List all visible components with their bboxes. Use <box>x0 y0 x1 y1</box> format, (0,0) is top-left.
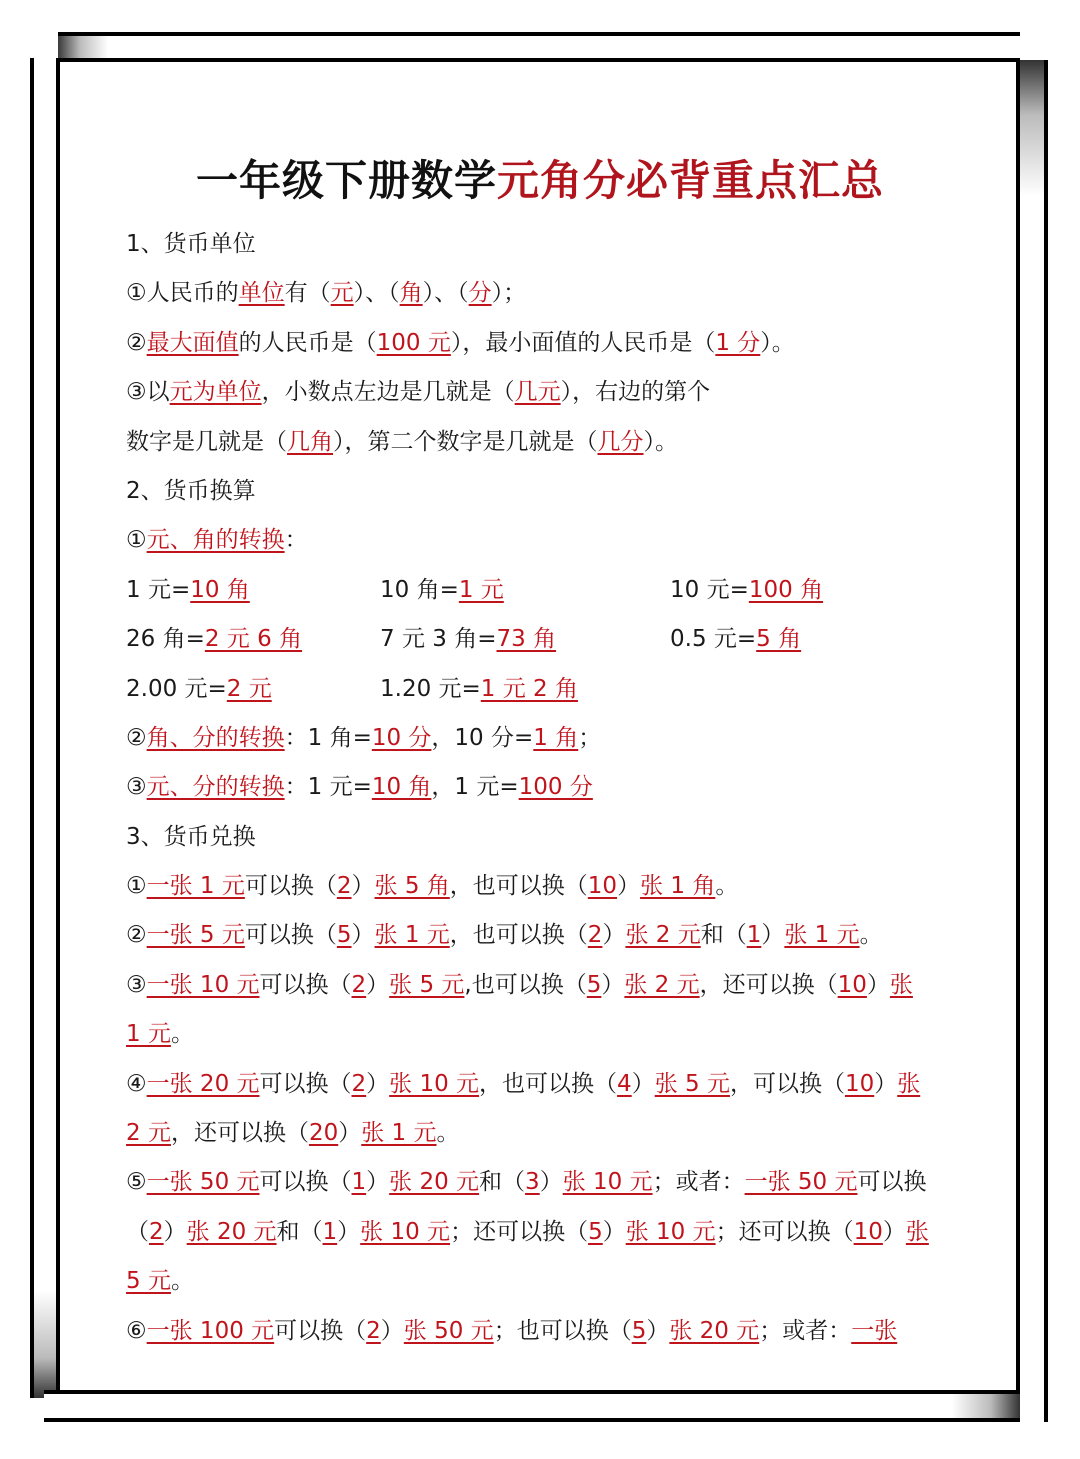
text-run: 有（ <box>285 280 331 306</box>
text-run: ② <box>126 330 147 356</box>
answer-text: 一张 10 元 <box>147 972 260 998</box>
text-run: 2.00 元= <box>126 676 227 702</box>
text-run: ），最小面值的人民币是（ <box>451 330 716 356</box>
answer-text: 10 <box>838 972 867 998</box>
text-run: ④ <box>126 1071 147 1097</box>
text-run: ） <box>601 972 624 998</box>
text-line: ⑤一张 50 元可以换（1）张 20 元和（3）张 10 元；或者：一张 50 … <box>126 1158 966 1207</box>
answer-text: 一张 20 元 <box>147 1071 260 1097</box>
text-run: （ <box>126 1219 149 1245</box>
answer-text: 1 <box>747 922 762 948</box>
text-run: ；还可以换（ <box>450 1219 588 1245</box>
text-run: 。 <box>171 1268 194 1294</box>
text-run: 1 元= <box>126 577 190 603</box>
text-line: ②角、分的转换：1 角=10 分，10 分=1 角； <box>126 714 966 763</box>
text-run: ③ <box>126 972 147 998</box>
text-run: ） <box>366 1071 389 1097</box>
conversion-cell: 7 元 3 角=73 角 <box>380 615 670 664</box>
answer-text: 2 <box>588 922 603 948</box>
text-run: ：1 元= <box>285 774 372 800</box>
answer-text: 1 <box>352 1169 367 1195</box>
text-run: ）、（ <box>423 280 469 306</box>
text-line: ③元、分的转换：1 元=10 角，1 元=100 分 <box>126 763 966 812</box>
text-run: 可以换（ <box>274 1318 366 1344</box>
text-run: ） <box>381 1318 404 1344</box>
text-run: ）、（ <box>354 280 400 306</box>
answer-text: 元 <box>331 280 354 306</box>
answer-text: 最大面值 <box>147 330 239 356</box>
answer-text: 张 10 元 <box>389 1071 479 1097</box>
text-run: ） <box>874 1071 897 1097</box>
answer-text: 1 元 <box>126 1021 171 1047</box>
text-line: ③一张 10 元可以换（2）张 5 元,也可以换（5）张 2 元，还可以换（10… <box>126 961 966 1010</box>
answer-text: 1 角 <box>533 725 578 751</box>
text-run: 可以换（ <box>245 873 337 899</box>
text-run: ） <box>352 922 375 948</box>
answer-text: 10 分 <box>372 725 432 751</box>
text-run: ③以 <box>126 379 170 405</box>
answer-text: 张 1 元 <box>361 1120 436 1146</box>
text-run: 10 角= <box>380 577 459 603</box>
answer-text: 一张 50 元 <box>745 1169 858 1195</box>
answer-text: 2 <box>337 873 352 899</box>
text-run: ，也可以换（ <box>479 1071 617 1097</box>
text-line: 2 元，还可以换（20）张 1 元。 <box>126 1109 966 1158</box>
answer-text: 3 <box>525 1169 540 1195</box>
text-run: 2、货币换算 <box>126 478 256 504</box>
answer-text: 1 元 2 角 <box>481 676 578 702</box>
answer-text: 2 元 <box>227 676 272 702</box>
answer-text: 单位 <box>239 280 285 306</box>
answer-text: 2 元 <box>126 1120 171 1146</box>
text-run: 可以换 <box>857 1169 926 1195</box>
answer-text: 4 <box>617 1071 632 1097</box>
text-run: ；或者： <box>759 1318 851 1344</box>
answer-text: 元为单位 <box>170 379 262 405</box>
text-line: ④一张 20 元可以换（2）张 10 元，也可以换（4）张 5 元，可以换（10… <box>126 1060 966 1109</box>
answer-text: 2 <box>352 972 367 998</box>
answer-text: 张 10 元 <box>360 1219 450 1245</box>
text-line: 1 元。 <box>126 1010 966 1059</box>
answer-text: 10 <box>588 873 617 899</box>
text-run: 1.20 元= <box>380 676 481 702</box>
text-run: 。 <box>437 1120 460 1146</box>
text-run: ） <box>540 1169 563 1195</box>
page-title: 一年级下册数学元角分必背重点汇总 <box>0 148 1080 208</box>
answer-text: 5 角 <box>756 626 801 652</box>
text-line: ②一张 5 元可以换（5）张 1 元，也可以换（2）张 2 元和（1）张 1 元… <box>126 911 966 960</box>
answer-text: 100 角 <box>749 577 823 603</box>
text-run: 和（ <box>479 1169 525 1195</box>
conversion-cell <box>670 665 966 714</box>
text-run: ，1 元= <box>431 774 518 800</box>
text-run: ） <box>617 873 640 899</box>
text-run: ,也可以换（ <box>464 972 586 998</box>
text-run: ② <box>126 922 147 948</box>
text-run: 可以换（ <box>245 922 337 948</box>
conversion-cell: 1 元=10 角 <box>126 566 380 615</box>
answer-text: 张 1 角 <box>640 873 715 899</box>
answer-text: 10 <box>845 1071 874 1097</box>
answer-text: 张 10 元 <box>626 1219 716 1245</box>
text-run: ① <box>126 527 147 553</box>
text-run: ，10 分= <box>431 725 533 751</box>
text-run: 可以换（ <box>260 972 352 998</box>
conversion-cell: 2.00 元=2 元 <box>126 665 380 714</box>
conversion-row: 1 元=10 角10 角=1 元10 元=100 角 <box>126 566 966 615</box>
section-heading: 2、货币换算 <box>126 467 966 516</box>
text-run: 。 <box>171 1021 194 1047</box>
text-line: ①人民币的单位有（元）、（角）、（分）； <box>126 269 966 318</box>
text-run: ）； <box>492 280 527 306</box>
answer-text: 100 分 <box>519 774 593 800</box>
text-line: 数字是几就是（几角），第二个数字是几就是（几分）。 <box>126 418 966 467</box>
text-run: ，还可以换（ <box>700 972 838 998</box>
text-run: 。 <box>860 922 883 948</box>
answer-text: 元、角的转换 <box>147 527 285 553</box>
answer-text: 10 <box>854 1219 883 1245</box>
answer-text: 张 2 元 <box>625 922 700 948</box>
answer-text: 张 <box>890 972 913 998</box>
answer-text: 几角 <box>287 429 333 455</box>
answer-text: 张 <box>897 1071 920 1097</box>
text-run: ① <box>126 873 147 899</box>
text-run: ） <box>867 972 890 998</box>
answer-text: 张 20 元 <box>669 1318 759 1344</box>
text-run: ）。 <box>760 330 795 356</box>
text-run: ①人民币的 <box>126 280 239 306</box>
text-run: ；也可以换（ <box>494 1318 632 1344</box>
text-run: ；或者： <box>653 1169 745 1195</box>
answer-text: 一张 50 元 <box>147 1169 260 1195</box>
answer-text: 张 10 元 <box>563 1169 653 1195</box>
answer-text: 张 5 角 <box>375 873 450 899</box>
frame-top-edge <box>58 32 1020 62</box>
answer-text: 张 <box>906 1219 929 1245</box>
text-run: ，小数点左边是几就是（ <box>262 379 515 405</box>
text-run: ，可以换（ <box>730 1071 845 1097</box>
answer-text: 一张 5 元 <box>147 922 245 948</box>
text-run: ），右边的第个 <box>561 379 711 405</box>
text-line: ②最大面值的人民币是（100 元），最小面值的人民币是（1 分）。 <box>126 319 966 368</box>
text-run: 3、货币兑换 <box>126 824 256 850</box>
section-heading: 3、货币兑换 <box>126 813 966 862</box>
answer-text: 一张 1 元 <box>147 873 245 899</box>
text-line: ⑥一张 100 元可以换（2）张 50 元；也可以换（5）张 20 元；或者：一… <box>126 1307 966 1356</box>
answer-text: 1 <box>323 1219 338 1245</box>
answer-text: 20 <box>309 1120 338 1146</box>
text-run: ） <box>338 1120 361 1146</box>
text-run: 数字是几就是（ <box>126 429 287 455</box>
conversion-cell: 10 角=1 元 <box>380 566 670 615</box>
text-run: ） <box>602 922 625 948</box>
answer-text: 1 分 <box>715 330 760 356</box>
title-red-part: 元角分必背重点汇总 <box>497 157 884 204</box>
text-run: ） <box>366 1169 389 1195</box>
text-run: 和（ <box>701 922 747 948</box>
conversion-row: 2.00 元=2 元1.20 元=1 元 2 角 <box>126 665 966 714</box>
text-run: 和（ <box>277 1219 323 1245</box>
frame-bottom-edge <box>44 1390 1020 1422</box>
text-run: ； <box>578 725 601 751</box>
answer-text: 张 20 元 <box>187 1219 277 1245</box>
text-run: ⑤ <box>126 1169 147 1195</box>
text-run: 可以换（ <box>260 1169 352 1195</box>
answer-text: 2 <box>149 1219 164 1245</box>
text-run: ） <box>603 1219 626 1245</box>
text-run: ② <box>126 725 147 751</box>
answer-text: 2 元 6 角 <box>205 626 302 652</box>
answer-text: 5 <box>588 1219 603 1245</box>
answer-text: 100 元 <box>377 330 451 356</box>
text-run: ） <box>646 1318 669 1344</box>
answer-text: 角 <box>400 280 423 306</box>
answer-text: 73 角 <box>496 626 556 652</box>
text-run: 的人民币是（ <box>239 330 377 356</box>
text-run: ： <box>285 527 308 553</box>
text-run: 可以换（ <box>260 1071 352 1097</box>
text-run: ⑥ <box>126 1318 147 1344</box>
text-run: ）。 <box>644 429 679 455</box>
answer-text: 张 1 元 <box>375 922 450 948</box>
answer-text: 2 <box>366 1318 381 1344</box>
answer-text: 元、分的转换 <box>147 774 285 800</box>
conversion-cell: 0.5 元=5 角 <box>670 615 966 664</box>
answer-text: 张 2 元 <box>624 972 699 998</box>
text-run: ） <box>352 873 375 899</box>
text-run: ） <box>164 1219 187 1245</box>
answer-text: 一张 <box>851 1318 897 1344</box>
conversion-cell: 1.20 元=1 元 2 角 <box>380 665 670 714</box>
answer-text: 张 5 元 <box>655 1071 730 1097</box>
text-run: ） <box>761 922 784 948</box>
answer-text: 1 元 <box>459 577 504 603</box>
answer-text: 几分 <box>598 429 644 455</box>
text-run: 10 元= <box>670 577 749 603</box>
frame-right-edge <box>1016 60 1048 1422</box>
text-run: ③ <box>126 774 147 800</box>
text-run: 1、货币单位 <box>126 231 256 257</box>
text-run: ） <box>337 1219 360 1245</box>
text-run: ；还可以换（ <box>716 1219 854 1245</box>
text-run: 7 元 3 角= <box>380 626 496 652</box>
text-line: ①一张 1 元可以换（2）张 5 角，也可以换（10）张 1 角。 <box>126 862 966 911</box>
answer-text: 10 角 <box>190 577 250 603</box>
text-line: ③以元为单位，小数点左边是几就是（几元），右边的第个 <box>126 368 966 417</box>
text-line: 5 元。 <box>126 1257 966 1306</box>
conversion-cell: 10 元=100 角 <box>670 566 966 615</box>
text-run: 。 <box>715 873 738 899</box>
answer-text: 角、分的转换 <box>147 725 285 751</box>
answer-text: 分 <box>469 280 492 306</box>
answer-text: 5 <box>337 922 352 948</box>
title-black-part: 一年级下册数学 <box>196 157 497 204</box>
answer-text: 张 5 元 <box>389 972 464 998</box>
answer-text: 张 20 元 <box>389 1169 479 1195</box>
answer-text: 10 角 <box>372 774 432 800</box>
text-run: ，也可以换（ <box>450 873 588 899</box>
text-run: 26 角= <box>126 626 205 652</box>
document-body: 1、货币单位①人民币的单位有（元）、（角）、（分）；②最大面值的人民币是（100… <box>126 220 966 1356</box>
text-line: ①元、角的转换： <box>126 516 966 565</box>
text-run: ） <box>632 1071 655 1097</box>
answer-text: 几元 <box>515 379 561 405</box>
conversion-row: 26 角=2 元 6 角7 元 3 角=73 角0.5 元=5 角 <box>126 615 966 664</box>
answer-text: 张 50 元 <box>404 1318 494 1344</box>
conversion-cell: 26 角=2 元 6 角 <box>126 615 380 664</box>
answer-text: 张 1 元 <box>784 922 859 948</box>
answer-text: 2 <box>352 1071 367 1097</box>
answer-text: 5 元 <box>126 1268 171 1294</box>
text-run: 0.5 元= <box>670 626 756 652</box>
answer-text: 5 <box>632 1318 647 1344</box>
text-run: ） <box>366 972 389 998</box>
frame-left-edge <box>30 58 60 1398</box>
text-run: ，也可以换（ <box>450 922 588 948</box>
answer-text: 5 <box>587 972 602 998</box>
answer-text: 一张 100 元 <box>147 1318 275 1344</box>
text-run: ：1 角= <box>285 725 372 751</box>
section-heading: 1、货币单位 <box>126 220 966 269</box>
text-run: ） <box>883 1219 906 1245</box>
text-line: （2）张 20 元和（1）张 10 元；还可以换（5）张 10 元；还可以换（1… <box>126 1208 966 1257</box>
text-run: ），第二个数字是几就是（ <box>333 429 598 455</box>
text-run: ，还可以换（ <box>171 1120 309 1146</box>
